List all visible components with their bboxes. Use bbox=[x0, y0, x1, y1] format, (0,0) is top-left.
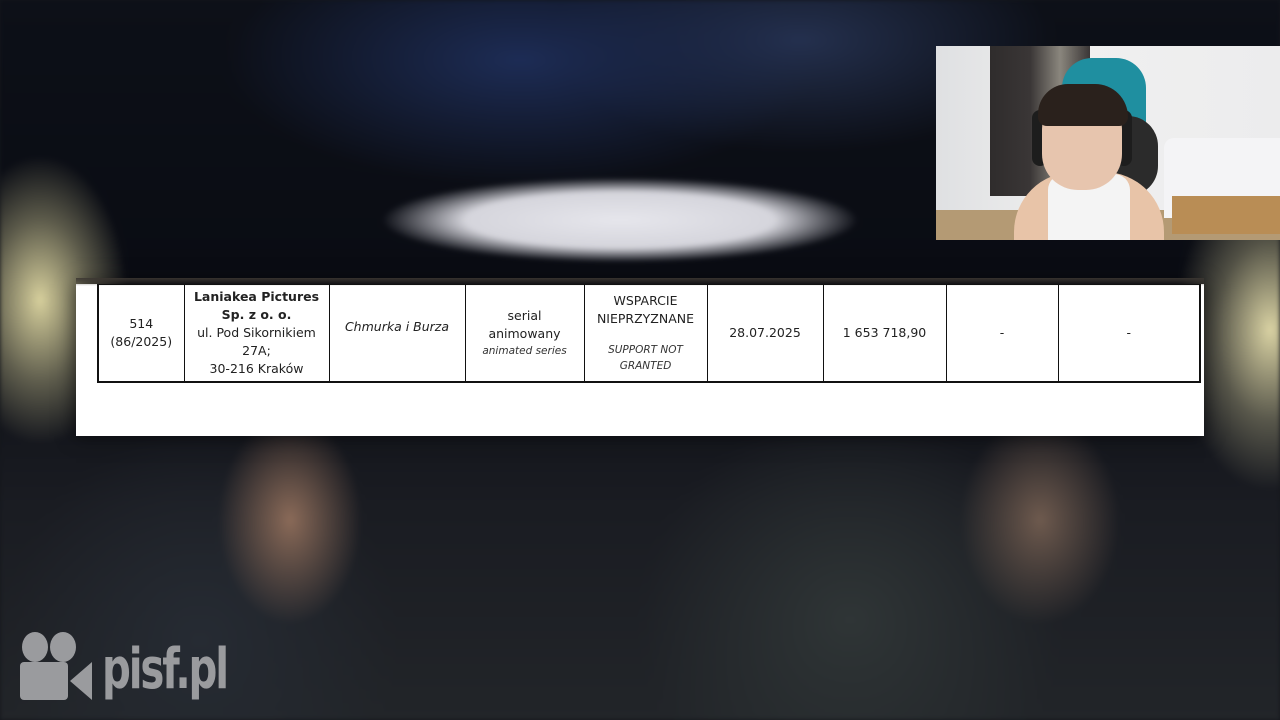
col9-value: - bbox=[951, 324, 1054, 342]
decision-date: 28.07.2025 bbox=[712, 324, 819, 342]
cell-decision: WSPARCIE NIEPRZYZNANE SUPPORT NOT GRANTE… bbox=[584, 285, 707, 383]
application-number: 514 bbox=[103, 315, 180, 333]
cell-col10: - bbox=[1058, 285, 1200, 383]
webcam-overlay bbox=[936, 46, 1280, 240]
applicant-legal-form: Sp. z o. o. bbox=[189, 306, 325, 324]
type-pl-line2: animowany bbox=[470, 325, 580, 343]
application-ref: (86/2025) bbox=[103, 333, 180, 351]
applicant-name: Laniakea Pictures bbox=[189, 288, 325, 306]
type-pl-line1: serial bbox=[470, 307, 580, 325]
cell-date: 28.07.2025 bbox=[707, 285, 823, 383]
decision-en-line1: SUPPORT NOT bbox=[589, 342, 703, 358]
webcam-bedframe bbox=[1172, 196, 1280, 234]
applicant-street: ul. Pod Sikornikiem bbox=[189, 324, 325, 342]
pisf-watermark: pisf.pl bbox=[20, 630, 275, 702]
cell-application-number: 514 (86/2025) bbox=[98, 285, 184, 383]
decision-pl-line1: WSPARCIE bbox=[589, 292, 703, 310]
watermark-text: pisf.pl bbox=[102, 642, 227, 698]
col10-value: - bbox=[1063, 324, 1196, 342]
table-row: 514 (86/2025) Laniakea Pictures Sp. z o.… bbox=[98, 285, 1200, 383]
project-title: Chmurka i Burza bbox=[334, 318, 461, 336]
video-camera-icon bbox=[20, 632, 92, 702]
cell-title: Chmurka i Burza bbox=[329, 285, 465, 383]
applicant-city: 30-216 Kraków bbox=[189, 360, 325, 378]
cell-amount: 1 653 718,90 bbox=[823, 285, 946, 383]
cell-type: serial animowany animated series bbox=[465, 285, 584, 383]
grant-decisions-table: 514 (86/2025) Laniakea Pictures Sp. z o.… bbox=[97, 284, 1201, 383]
cell-applicant: Laniakea Pictures Sp. z o. o. ul. Pod Si… bbox=[184, 285, 329, 383]
type-en: animated series bbox=[470, 343, 580, 359]
webcam-person-hair bbox=[1038, 84, 1128, 126]
decision-en-line2: GRANTED bbox=[589, 358, 703, 374]
document-snippet: 514 (86/2025) Laniakea Pictures Sp. z o.… bbox=[76, 284, 1204, 436]
requested-amount: 1 653 718,90 bbox=[828, 324, 942, 342]
applicant-number: 27A; bbox=[189, 342, 325, 360]
decision-pl-line2: NIEPRZYZNANE bbox=[589, 310, 703, 328]
cell-col9: - bbox=[946, 285, 1058, 383]
